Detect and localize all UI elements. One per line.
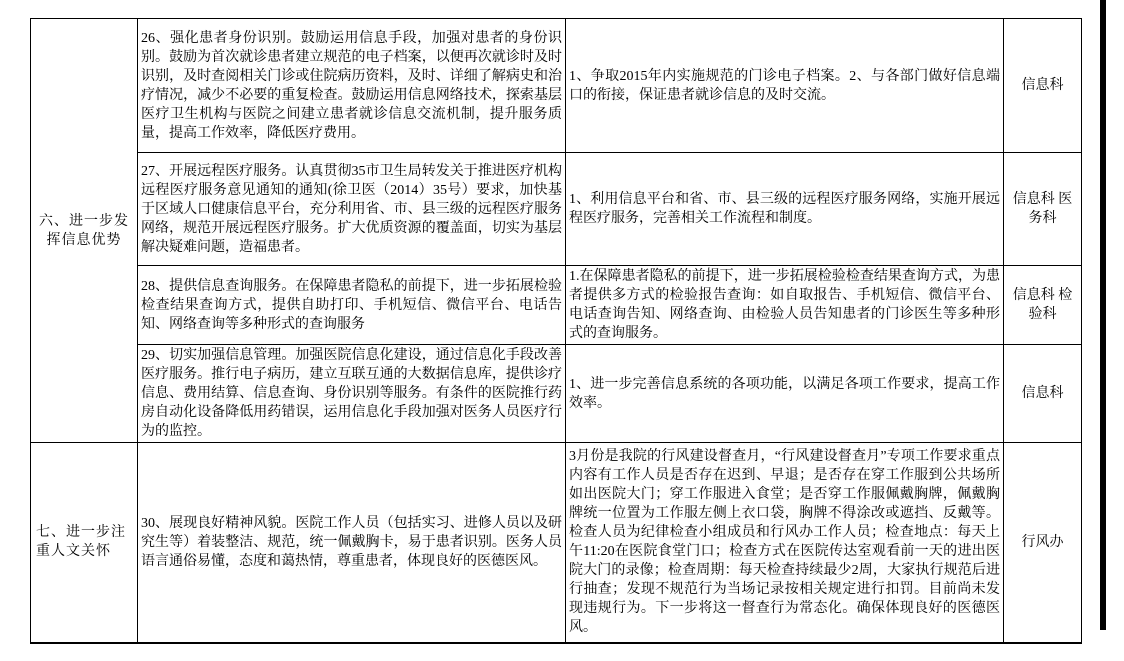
item-cell-30: 30、展现良好精神风貌。医院工作人员（包括实习、进修人员以及研究生等）着装整洁、… — [138, 443, 566, 643]
item-cell-28: 28、提供信息查询服务。在保障患者隐私的前提下，进一步拓展检验检查结果查询方式，… — [138, 266, 566, 345]
department-cell-26: 信息科 — [1004, 19, 1082, 153]
measure-cell-26: 1、争取2015年内实施规范的门诊电子档案。2、与各部门做好信息端口的衔接，保证… — [566, 19, 1004, 153]
table-row: 29、切实加强信息管理。加强医院信息化建设，通过信息化手段改善医疗服务。推行电子… — [31, 345, 1082, 443]
table-row: 七、进一步注重人文关怀 30、展现良好精神风貌。医院工作人员（包括实习、进修人员… — [31, 443, 1082, 643]
department-cell-29: 信息科 — [1004, 345, 1082, 443]
department-cell-28: 信息科 检验科 — [1004, 266, 1082, 345]
table-row: 六、进一步发挥信息优势 26、强化患者身份识别。鼓励运用信息手段，加强对患者的身… — [31, 19, 1082, 153]
section-title-humanistic-care: 七、进一步注重人文关怀 — [31, 443, 138, 643]
department-cell-27: 信息科 医务科 — [1004, 153, 1082, 266]
work-plan-table: 六、进一步发挥信息优势 26、强化患者身份识别。鼓励运用信息手段，加强对患者的身… — [30, 18, 1082, 644]
measure-cell-28: 1.在保障患者隐私的前提下，进一步拓展检验检查结果查询方式，为患者提供多方式的检… — [566, 266, 1004, 345]
measure-cell-29: 1、进一步完善信息系统的各项功能，以满足各项工作要求，提高工作效率。 — [566, 345, 1004, 443]
table-row: 27、开展远程医疗服务。认真贯彻35市卫生局转发关于推进医疗机构远程医疗服务意见… — [31, 153, 1082, 266]
document-page: 六、进一步发挥信息优势 26、强化患者身份识别。鼓励运用信息手段，加强对患者的身… — [0, 0, 1124, 661]
window-edge-bar — [1100, 0, 1106, 630]
department-cell-30: 行风办 — [1004, 443, 1082, 643]
measure-cell-27: 1、利用信息平台和省、市、县三级的远程医疗服务网络，实施开展远程医疗服务，完善相… — [566, 153, 1004, 266]
item-cell-26: 26、强化患者身份识别。鼓励运用信息手段，加强对患者的身份识别。鼓励为首次就诊患… — [138, 19, 566, 153]
table-row: 28、提供信息查询服务。在保障患者隐私的前提下，进一步拓展检验检查结果查询方式，… — [31, 266, 1082, 345]
section-title-info-advantage: 六、进一步发挥信息优势 — [31, 19, 138, 443]
item-cell-29: 29、切实加强信息管理。加强医院信息化建设，通过信息化手段改善医疗服务。推行电子… — [138, 345, 566, 443]
item-cell-27: 27、开展远程医疗服务。认真贯彻35市卫生局转发关于推进医疗机构远程医疗服务意见… — [138, 153, 566, 266]
measure-cell-30: 3月份是我院的行风建设督查月，“行风建设督查月”专项工作要求重点内容有工作人员是… — [566, 443, 1004, 643]
